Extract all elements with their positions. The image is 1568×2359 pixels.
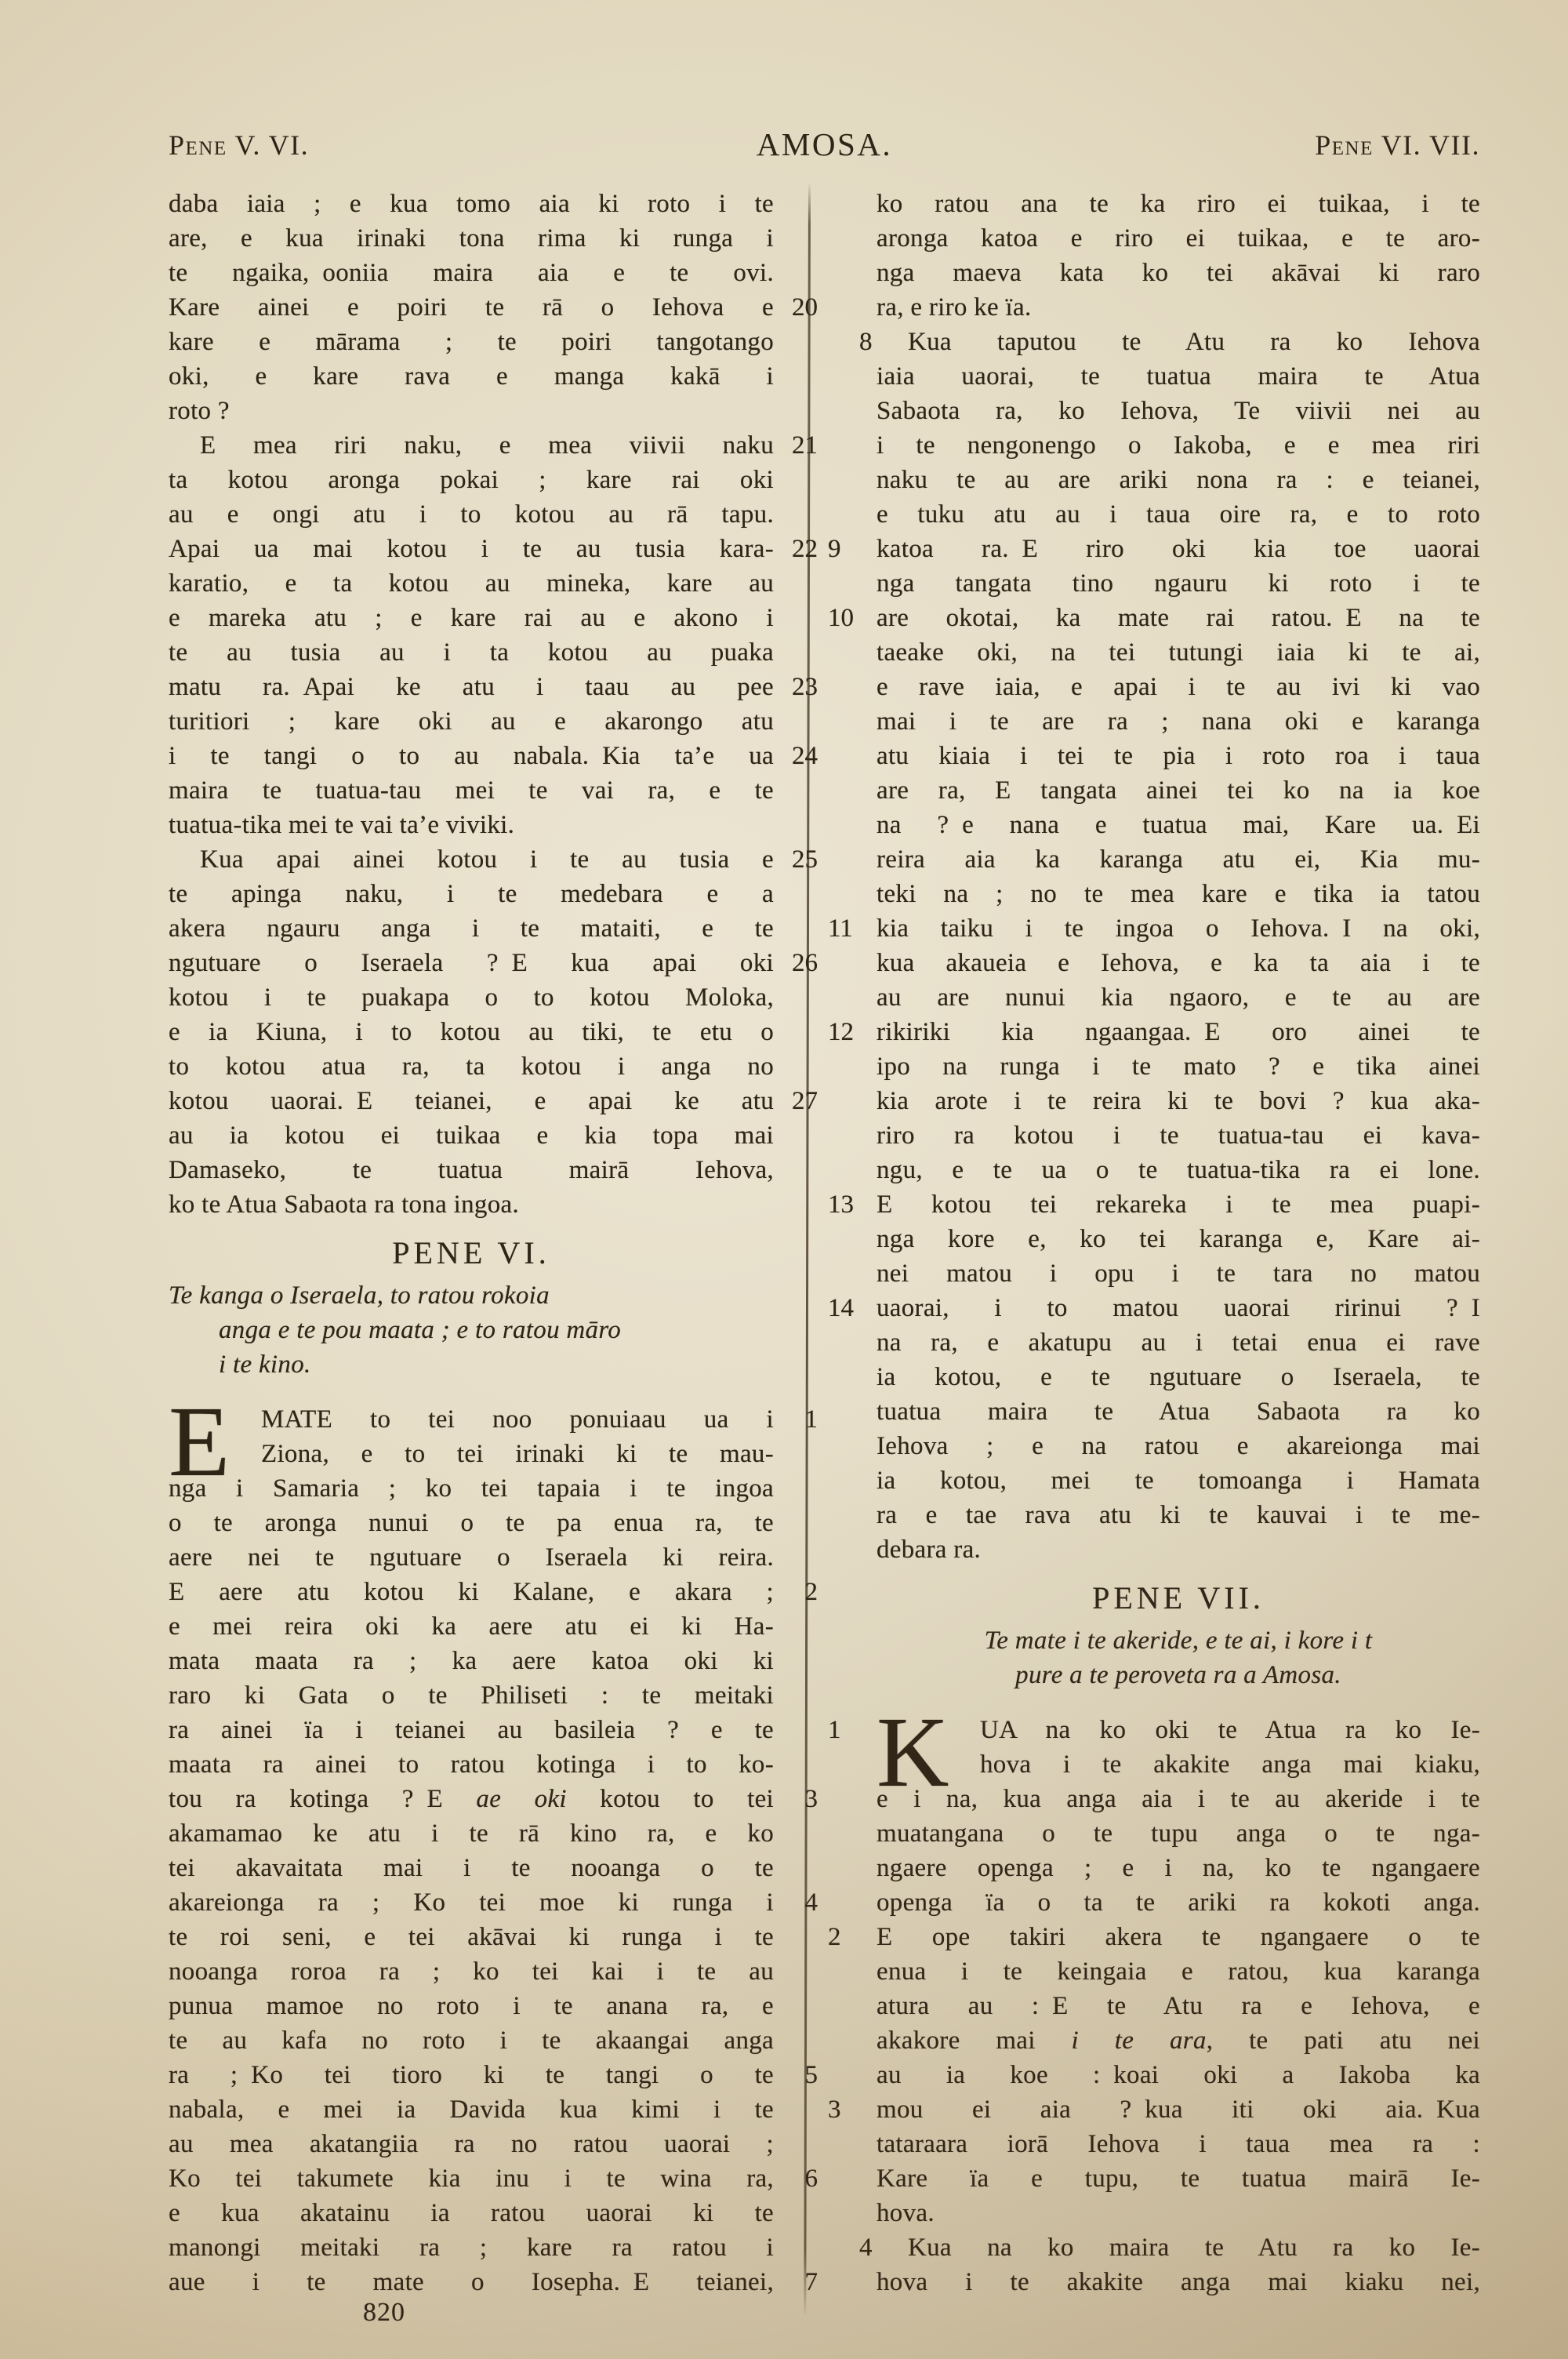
text-line: au mea akatangiia ra no ratou uaorai ; (169, 2127, 774, 2161)
text-line: e mareka atu ; e kare rai au e akono i (169, 601, 774, 635)
text-line: ngu, e te ua o te tuatua-tika ra ei lone… (877, 1153, 1480, 1187)
text-line: to kotou atua ra, ta kotou i anga no (169, 1049, 774, 1084)
text-line: taeake oki, na tei tutungi iaia ki te ai… (877, 635, 1480, 670)
text-line: ipo na runga i te mato ? e tika ainei (877, 1049, 1480, 1084)
text-line: Damaseko, te tuatua mairā Iehova, (169, 1153, 774, 1187)
text-line: tataraara iorā Iehova i taua mea ra : (877, 2127, 1480, 2161)
column-divider-rule (804, 182, 811, 2314)
verse-number: 4 (828, 2230, 873, 2265)
text-line: enua i te keingaia e ratou, kua karanga (877, 1954, 1480, 1989)
chapter-heading: PENE VII. (877, 1579, 1480, 1617)
verse-number: 7 (805, 2265, 818, 2299)
verse-number: 3 (828, 2092, 841, 2127)
text-line: nooanga roroa ra ; ko tei kai i te au (169, 1954, 774, 1989)
text-line: karatio, e ta kotou au mineka, kare au (169, 566, 774, 601)
verse-number: 1 (828, 1713, 841, 1747)
text-line: E aere atu kotou ki Kalane, e akara ;2 (169, 1575, 774, 1609)
text-line: matu ra. Apai ke atu i taau au pee23 (169, 670, 774, 704)
chapter-heading: PENE VI. (169, 1234, 774, 1272)
running-head: Pene V. VI. AMOSA. Pene VI. VII. (169, 125, 1480, 165)
text-line: are ra, E tangata ainei tei ko na ia koe (877, 773, 1480, 808)
text-line: na ra, e akatupu au i tetai enua ei rave (877, 1325, 1480, 1360)
text-line: ra e tae rava atu ki te kauvai i te me- (877, 1498, 1480, 1532)
verse-number: 21 (760, 428, 818, 463)
left-text-column: daba iaia ; e kua tomo aia ki roto i tea… (169, 187, 774, 2299)
text-line: tou ra kotinga ? E ae oki kotou to tei3 (169, 1782, 774, 1816)
text-line: te roi seni, e tei akāvai ki runga i te (169, 1920, 774, 1954)
verse-number: 20 (792, 290, 818, 325)
text-line: hova. (877, 2196, 1480, 2230)
text-line: akamamao ke atu i te rā kino ra, e ko (169, 1816, 774, 1851)
verse-number: 5 (805, 2058, 818, 2092)
text-line: Kua taputou te Atu ra ko Iehova8 (877, 325, 1480, 359)
text-line: E ope takiri akera te ngangaere o te2 (877, 1920, 1480, 1954)
text-line: turitiori ; kare oki au e akarongo atu (169, 704, 774, 739)
text-line: au are nunui kia ngaoro, e te au are (877, 980, 1480, 1015)
text-line: mai i te are ra ; nana oki e karanga (877, 704, 1480, 739)
text-line: aue i te mate o Iosepha. E teianei,7 (169, 2265, 774, 2299)
text-line: maata ra ainei to ratou kotinga i to ko- (169, 1747, 774, 1782)
text-line: e ia Kiuna, i to kotou au tiki, te etu o (169, 1015, 774, 1049)
scanned-book-page: Pene V. VI. AMOSA. Pene VI. VII. daba ia… (0, 0, 1568, 2359)
verse-number: 13 (828, 1187, 854, 1222)
text-line: riro ra kotou i te tuatua-tau ei kava- (877, 1118, 1480, 1153)
text-line: mou ei aia ? kua iti oki aia. Kua3 (877, 2092, 1480, 2127)
text-line: rikiriki kia ngaangaa. E oro ainei te12 (877, 1015, 1480, 1049)
text-line: te apinga naku, i te medebara e a (169, 877, 774, 911)
verse-number: 2 (828, 1920, 841, 1954)
text-line: E kotou tei rekareka i te mea puapi-13 (877, 1187, 1480, 1222)
right-text-column: ko ratou ana te ka riro ei tuikaa, i tea… (877, 187, 1480, 2299)
text-line: akera ngauru anga i te mataiti, e te (169, 911, 774, 946)
text-line: manongi meitaki ra ; kare ra ratou i (169, 2230, 774, 2265)
running-head-right: Pene VI. VII. (1315, 129, 1480, 162)
page-number: 820 (329, 2298, 439, 2328)
text-line: aronga katoa e riro ei tuikaa, e te aro- (877, 221, 1480, 256)
text-line: Sabaota ra, ko Iehova, Te viivii nei au (877, 394, 1480, 428)
text-line: raro ki Gata o te Philiseti : te meitaki (169, 1678, 774, 1713)
text-line: akareionga ra ; Ko tei moe ki runga i4 (169, 1885, 774, 1920)
text-line: maira te tuatua-tau mei te vai ra, e te (169, 773, 774, 808)
text-line: openga ïa o ta te ariki ra kokoti anga. (877, 1885, 1480, 1920)
text-line: EMATE to tei noo ponuiaau ua i1 (169, 1402, 774, 1437)
text-line: akakore mai i te ara, te pati atu nei (877, 2023, 1480, 2058)
text-line: ko ratou ana te ka riro ei tuikaa, i te (877, 187, 1480, 221)
italic-phrase: ae oki (476, 1785, 566, 1813)
verse-number: 25 (760, 842, 818, 877)
text-line: te ngaika, ooniia maira aia e te ovi. (169, 256, 774, 290)
verse-number: 6 (805, 2161, 818, 2196)
text-line: nga kore e, ko tei karanga e, Kare ai- (877, 1222, 1480, 1256)
text-line: kua akaueia e Iehova, e ka ta aia i te (877, 946, 1480, 980)
text-line: nei matou i opu i te tara no matou (877, 1256, 1480, 1291)
text-line: na ? e nana e tuatua mai, Kare ua. Ei (877, 808, 1480, 842)
text-line: daba iaia ; e kua tomo aia ki roto i te (169, 187, 774, 221)
chapter-summary-line: Te kanga o Iseraela, to ratou rokoia (169, 1278, 774, 1313)
text-line: KUA na ko oki te Atua ra ko Ie-1 (877, 1713, 1480, 1747)
verse-number: 4 (805, 1885, 818, 1920)
text-line: e kua akatainu ia ratou uaorai ki te (169, 2196, 774, 2230)
text-line: atu kiaia i tei te pia i roto roa i taua (877, 739, 1480, 773)
text-line: kare e mārama ; te poiri tangotango (169, 325, 774, 359)
text-line: debara ra. (877, 1532, 1480, 1567)
text-line: nga tangata tino ngauru ki roto i te (877, 566, 1480, 601)
text-line: hova i te akakite anga mai kiaku, (877, 1747, 1480, 1782)
text-line: reira aia ka karanga atu ei, Kia mu- (877, 842, 1480, 877)
text-line: Ko tei takumete kia inu i te wina ra,6 (169, 2161, 774, 2196)
verse-number: 24 (792, 739, 818, 773)
text-line: te au kafa no roto i te akaangai anga (169, 2023, 774, 2058)
verse-number: 14 (828, 1291, 854, 1325)
text-line: Kua na ko maira te Atu ra ko Ie-4 (877, 2230, 1480, 2265)
verse-number: 27 (792, 1084, 818, 1118)
verse-number: 23 (792, 670, 818, 704)
text-line: kia arote i te reira ki te bovi ? kua ak… (877, 1084, 1480, 1118)
text-line: E mea riri naku, e mea viivii naku21 (169, 428, 774, 463)
verse-number: 2 (805, 1575, 818, 1609)
text-line: ngutuare o Iseraela ? E kua apai oki26 (169, 946, 774, 980)
text-line: teki na ; no te mea kare e tika ia tatou (877, 877, 1480, 911)
text-line: katoa ra. E riro oki kia toe uaorai9 (877, 532, 1480, 566)
chapter-summary-line: i te kino. (169, 1347, 774, 1382)
text-line: nga maeva kata ko tei akāvai ki raro (877, 256, 1480, 290)
text-line: kotou uaorai. E teianei, e apai ke atu27 (169, 1084, 774, 1118)
text-line: o te aronga nunui o te pa enua ra, te (169, 1506, 774, 1540)
text-line: nga i Samaria ; ko tei tapaia i te ingoa (169, 1471, 774, 1506)
verse-number: 12 (828, 1015, 854, 1049)
text-line: ia kotou, e te ngutuare o Iseraela, te (877, 1360, 1480, 1394)
text-line: are okotai, ka mate rai ratou. E na te10 (877, 601, 1480, 635)
text-line: te au tusia au i ta kotou au puaka (169, 635, 774, 670)
text-line: oki, e kare rava e manga kakā i (169, 359, 774, 394)
verse-number: 3 (805, 1782, 818, 1816)
text-line: aere nei te ngutuare o Iseraela ki reira… (169, 1540, 774, 1575)
text-line: Kua apai ainei kotou i te au tusia e25 (169, 842, 774, 877)
text-line: e rave iaia, e apai i te au ivi ki vao (877, 670, 1480, 704)
text-line: e tuku atu au i taua oire ra, e to roto (877, 497, 1480, 532)
text-line: kotou i te puakapa o to kotou Moloka, (169, 980, 774, 1015)
text-line: muatangana o te tupu anga o te nga- (877, 1816, 1480, 1851)
text-line: roto ? (169, 394, 774, 428)
verse-number: 10 (828, 601, 854, 635)
text-line: mata maata ra ; ka aere katoa oki ki (169, 1644, 774, 1678)
text-line: uaorai, i to matou uaorai ririnui ? I14 (877, 1291, 1480, 1325)
text-line: ra, e riro ke ïa. (877, 290, 1480, 325)
text-line: Kare ainei e poiri te rā o Iehova e20 (169, 290, 774, 325)
text-line: tuatua-tika mei te vai ta’e viviki. (169, 808, 774, 842)
text-line: i te nengonengo o Iakoba, e e mea riri (877, 428, 1480, 463)
text-line: ko te Atua Sabaota ra tona ingoa. (169, 1187, 774, 1222)
text-line: are, e kua irinaki tona rima ki runga i (169, 221, 774, 256)
text-line: e mei reira oki ka aere atu ei ki Ha- (169, 1609, 774, 1644)
chapter-summary-line: Te mate i te akeride, e te ai, i kore i … (877, 1623, 1480, 1658)
text-line: Iehova ; e na ratou e akareionga mai (877, 1429, 1480, 1463)
text-line: tei akavaitata mai i te nooanga o te (169, 1851, 774, 1885)
verse-number: 22 (792, 532, 818, 566)
verse-number: 9 (828, 532, 841, 566)
text-line: ta kotou aronga pokai ; kare rai oki (169, 463, 774, 497)
text-line: iaia uaorai, te tuatua maira te Atua (877, 359, 1480, 394)
text-line: e i na, kua anga aia i te au akeride i t… (877, 1782, 1480, 1816)
chapter-summary-line: pure a te peroveta ra a Amosa. (877, 1658, 1480, 1692)
book-title: AMOSA. (169, 125, 1480, 163)
text-line: au ia koe : koai oki a Iakoba ka (877, 2058, 1480, 2092)
text-line: Kare ïa e tupu, te tuatua mairā Ie- (877, 2161, 1480, 2196)
text-line: kia taiku i te ingoa o Iehova. I na oki,… (877, 911, 1480, 946)
text-line: nabala, e mei ia Davida kua kimi i te (169, 2092, 774, 2127)
text-line: tuatua maira te Atua Sabaota ra ko (877, 1394, 1480, 1429)
text-line: atura au : E te Atu ra e Iehova, e (877, 1989, 1480, 2023)
verse-number: 26 (792, 946, 818, 980)
text-line: punua mamoe no roto i te anana ra, e (169, 1989, 774, 2023)
chapter-summary-line: anga e te pou maata ; e to ratou māro (169, 1313, 774, 1347)
text-line: Apai ua mai kotou i te au tusia kara-22 (169, 532, 774, 566)
text-line: i te tangi o to au nabala. Kia ta’e ua24 (169, 739, 774, 773)
italic-phrase: i te ara (1072, 2026, 1207, 2055)
text-line: ra ; Ko tei tioro ki te tangi o te5 (169, 2058, 774, 2092)
text-line: naku te au are ariki nona ra : e teianei… (877, 463, 1480, 497)
verse-number: 1 (805, 1402, 818, 1437)
text-line: ra ainei ïa i teianei au basileia ? e te (169, 1713, 774, 1747)
verse-number: 8 (828, 325, 873, 359)
text-line: ngaere openga ; e i na, ko te ngangaere (877, 1851, 1480, 1885)
text-line: hova i te akakite anga mai kiaku nei, (877, 2265, 1480, 2299)
text-line: ia kotou, mei te tomoanga i Hamata (877, 1463, 1480, 1498)
verse-number: 11 (828, 911, 853, 946)
text-line: au ia kotou ei tuikaa e kia topa mai (169, 1118, 774, 1153)
text-line: Ziona, e to tei irinaki ki te mau- (169, 1437, 774, 1471)
text-line: au e ongi atu i to kotou au rā tapu. (169, 497, 774, 532)
